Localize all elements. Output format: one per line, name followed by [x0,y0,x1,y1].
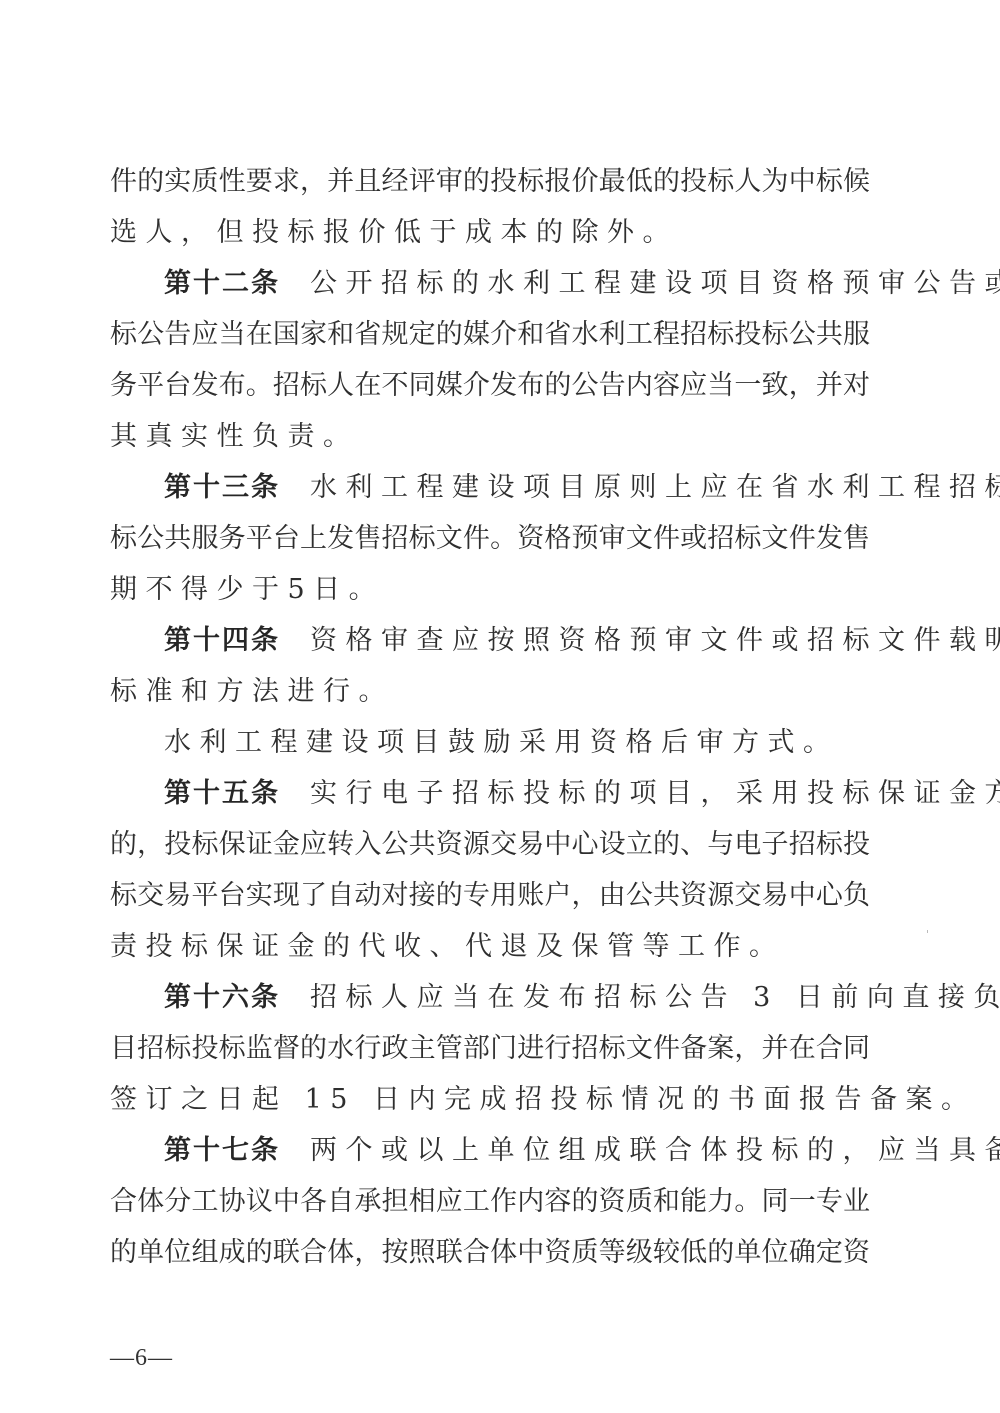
text-run: 招标人应当在发布招标公告 3 日前向直接负责项 [310,982,1000,1013]
article-heading: 第十五条 [164,778,280,809]
document-page: 件的实质性要求，并且经评审的投标报价最低的投标人为中标候 选人，但投标报价低于成… [110,156,870,1278]
article-first-line: 第十七条两个或以上单位组成联合体投标的，应当具备联 [110,1125,870,1176]
article-first-line: 第十六条招标人应当在发布招标公告 3 日前向直接负责项 [110,972,870,1023]
text-line: 目招标投标监督的水行政主管部门进行招标文件备案，并在合同 [110,1023,870,1074]
article-first-line: 第十三条水利工程建设项目原则上应在省水利工程招标投 [110,462,870,513]
article-first-line: 第十五条实行电子招标投标的项目，采用投标保证金方式 [110,768,870,819]
text-line: 件的实质性要求，并且经评审的投标报价最低的投标人为中标候 [110,156,870,207]
article-heading: 第十二条 [164,268,280,299]
text-line: 期不得少于5日。 [110,564,870,615]
article-heading: 第十六条 [164,982,280,1013]
text-line: 合体分工协议中各自承担相应工作内容的资质和能力。同一专业 [110,1176,870,1227]
text-line: 责投标保证金的代收、代退及保管等工作。 [110,921,870,972]
text-line: 水利工程建设项目鼓励采用资格后审方式。 [110,717,870,768]
paragraph-continuation: 件的实质性要求，并且经评审的投标报价最低的投标人为中标候 选人，但投标报价低于成… [110,156,870,258]
text-run: 水利工程建设项目原则上应在省水利工程招标投 [310,472,1000,503]
article-heading: 第十七条 [164,1135,280,1166]
text-run: 实行电子招标投标的项目，采用投标保证金方式 [310,778,1000,809]
paragraph-plain: 水利工程建设项目鼓励采用资格后审方式。 [110,717,870,768]
text-line: 选人，但投标报价低于成本的除外。 [110,207,870,258]
text-line: 的，投标保证金应转入公共资源交易中心设立的、与电子招标投 [110,819,870,870]
article-first-line: 第十二条公开招标的水利工程建设项目资格预审公告或招 [110,258,870,309]
article-12: 第十二条公开招标的水利工程建设项目资格预审公告或招 标公告应当在国家和省规定的媒… [110,258,870,462]
text-run: 公开招标的水利工程建设项目资格预审公告或招 [310,268,1000,299]
text-line: 标公告应当在国家和省规定的媒介和省水利工程招标投标公共服 [110,309,870,360]
scan-artifact [927,930,928,933]
text-run: 资格审查应按照资格预审文件或招标文件载明的 [310,625,1000,656]
article-heading: 第十三条 [164,472,280,503]
article-16: 第十六条招标人应当在发布招标公告 3 日前向直接负责项 目招标投标监督的水行政主… [110,972,870,1125]
text-line: 签订之日起 15 日内完成招投标情况的书面报告备案。 [110,1074,870,1125]
article-13: 第十三条水利工程建设项目原则上应在省水利工程招标投 标公共服务平台上发售招标文件… [110,462,870,615]
page-number: —6— [110,1345,173,1372]
text-line: 标准和方法进行。 [110,666,870,717]
text-line: 标交易平台实现了自动对接的专用账户，由公共资源交易中心负 [110,870,870,921]
article-17: 第十七条两个或以上单位组成联合体投标的，应当具备联 合体分工协议中各自承担相应工… [110,1125,870,1278]
article-first-line: 第十四条资格审查应按照资格预审文件或招标文件载明的 [110,615,870,666]
text-line: 标公共服务平台上发售招标文件。资格预审文件或招标文件发售 [110,513,870,564]
text-line: 务平台发布。招标人在不同媒介发布的公告内容应当一致，并对 [110,360,870,411]
text-line: 的单位组成的联合体，按照联合体中资质等级较低的单位确定资 [110,1227,870,1278]
text-line: 其真实性负责。 [110,411,870,462]
text-run: 两个或以上单位组成联合体投标的，应当具备联 [310,1135,1000,1166]
article-14: 第十四条资格审查应按照资格预审文件或招标文件载明的 标准和方法进行。 [110,615,870,717]
article-heading: 第十四条 [164,625,280,656]
article-15: 第十五条实行电子招标投标的项目，采用投标保证金方式 的，投标保证金应转入公共资源… [110,768,870,972]
